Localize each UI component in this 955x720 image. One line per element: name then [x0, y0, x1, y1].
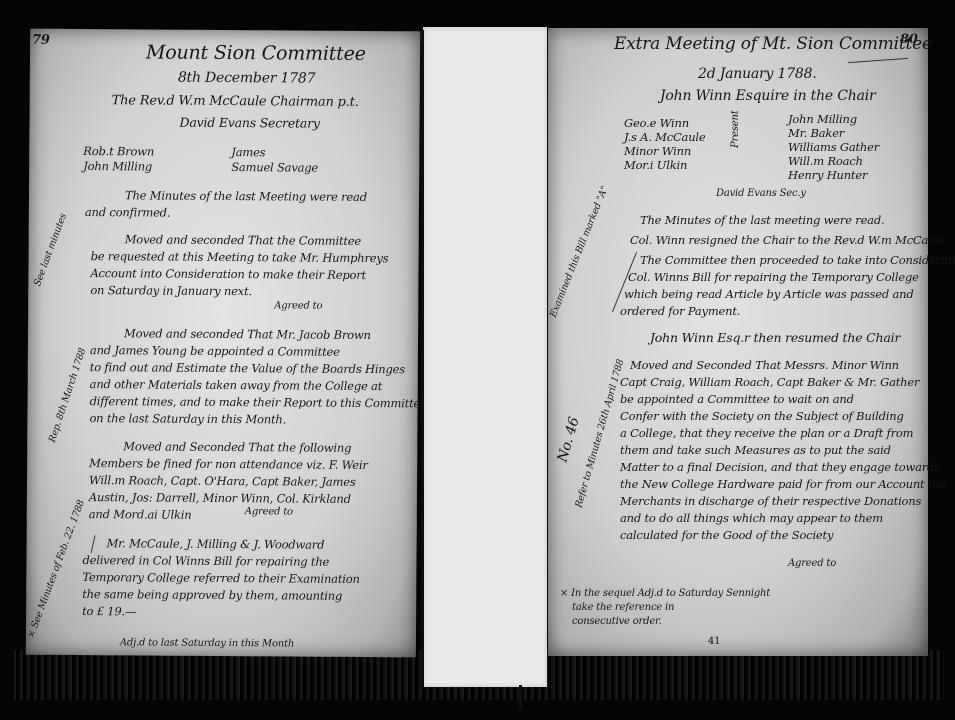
minute-line: Capt Craig, William Roach, Capt Baker & …	[620, 375, 919, 389]
attendee: Samuel Savage	[231, 160, 318, 175]
strip-mark	[519, 685, 522, 710]
minute-line: The Minutes of the last Meeting were rea…	[125, 188, 367, 204]
minute-line: delivered in Col Winns Bill for repairin…	[82, 553, 329, 569]
minute-line: on the last Saturday in this Month.	[89, 411, 286, 426]
attendee: Henry Hunter	[788, 168, 867, 182]
minute-line: Col. Winn resigned the Chair to the Rev.…	[630, 233, 945, 247]
minute-line: different times, and to make their Repor…	[90, 394, 427, 410]
minute-line: which being read Article by Article was …	[624, 287, 913, 301]
strip-edge	[421, 30, 424, 690]
minute-line: Moved and Seconded That Messrs. Minor Wi…	[630, 358, 899, 372]
minute-line: calculated for the Good of the Society	[620, 528, 833, 542]
meeting-date: 2d January 1788.	[698, 66, 817, 82]
attendee: Mor.i Ulkin	[624, 158, 687, 172]
minute-line: to £ 19.—	[82, 604, 136, 618]
minute-line: The Minutes of the last meeting were rea…	[640, 213, 884, 227]
minute-line: The Committee then proceeded to take int…	[640, 253, 955, 267]
minute-line: Austin, Jos: Darrell, Minor Winn, Col. K…	[89, 490, 351, 506]
secretary-line: David Evans Secretary	[179, 115, 319, 131]
minute-line: them and take such Measures as to put th…	[620, 443, 891, 457]
page-number: 79	[32, 33, 50, 48]
attendee: Williams Gather	[788, 140, 879, 154]
attendee: Will.m Roach	[788, 154, 863, 168]
agreed-note: Agreed to	[788, 558, 836, 569]
margin-note: Rep. 8th March 1788	[47, 347, 89, 444]
minute-line: John Winn Esq.r then resumed the Chair	[650, 330, 900, 345]
page-title: Mount Sion Committee	[146, 41, 366, 65]
page-number: 80	[900, 32, 918, 47]
agreed-note: Agreed to	[274, 300, 322, 311]
footnote-line: × In the sequel Adj.d to Saturday Sennig…	[560, 588, 770, 599]
minute-line: the same being approved by them, amounti…	[82, 587, 342, 603]
attendee: Minor Winn	[624, 144, 691, 158]
minute-line: Will.m Roach, Capt. O'Hara, Capt Baker, …	[89, 473, 356, 489]
attendee: J.s A. McCaule	[624, 130, 706, 144]
minute-line: be requested at this Meeting to take Mr.…	[91, 249, 389, 265]
minute-line: and confirmed.	[85, 205, 171, 220]
margin-note: No. 46	[555, 415, 583, 464]
present-label: Present	[730, 110, 741, 148]
minute-line: Account into Consideration to make their…	[90, 266, 366, 282]
minute-line: on Saturday in January next.	[90, 283, 252, 298]
minute-line: Members be fined for non attendance viz.…	[89, 456, 368, 472]
margin-note: Refer to Minutes 26th April 1788	[573, 358, 626, 509]
minute-line: and James Young be appointed a Committee	[90, 343, 340, 359]
minute-line: Confer with the Society on the Subject o…	[620, 409, 904, 423]
bracket-mark	[91, 535, 96, 553]
footnote-line: consecutive order.	[572, 616, 662, 627]
minute-line: Matter to a final Decision, and that the…	[620, 460, 940, 474]
attendee: John Milling	[83, 159, 152, 173]
chair-line: The Rev.d W.m McCaule Chairman p.t.	[112, 93, 359, 110]
minute-line: Col. Winns Bill for repairing the Tempor…	[628, 270, 919, 284]
minute-line: Moved and seconded That the Committee	[125, 232, 361, 248]
right-manuscript-page: Extra Meeting of Mt. Sion Committee 80 2…	[548, 28, 928, 656]
margin-note: See last minutes	[32, 212, 69, 288]
minute-line: Moved and Seconded That the following	[123, 439, 351, 455]
minute-line: Moved and seconded That Mr. Jacob Brown	[124, 326, 371, 342]
minute-line: and other Materials taken away from the …	[90, 377, 383, 393]
attendee: Mr. Baker	[788, 126, 844, 140]
left-manuscript-page: 79 Mount Sion Committee 8th December 178…	[26, 29, 420, 658]
footnote-line: take the reference in	[572, 602, 674, 613]
minute-line: and to do all things which may appear to…	[620, 511, 883, 525]
attendee: Rob.t Brown	[83, 144, 154, 158]
minute-line: be appointed a Committee to wait on and	[620, 392, 854, 406]
secretary-line: David Evans Sec.y	[716, 188, 806, 199]
paper-strip	[423, 27, 547, 687]
meeting-date: 8th December 1787	[178, 70, 316, 87]
agreed-note: Agreed to	[245, 506, 293, 517]
minute-line: Temporary College referred to their Exam…	[82, 570, 359, 586]
flourish	[848, 58, 908, 63]
page-title: Extra Meeting of Mt. Sion Committee	[614, 34, 932, 54]
minute-line: the New College Hardware paid for from o…	[620, 477, 946, 491]
chair-line: John Winn Esquire in the Chair	[660, 88, 876, 104]
minute-line: Merchants in discharge of their respecti…	[620, 494, 921, 508]
minute-line: Mr. McCaule, J. Milling & J. Woodward	[107, 536, 325, 552]
minute-line: ordered for Payment.	[620, 304, 740, 318]
bottom-number: 41	[708, 636, 720, 647]
margin-note: × See Minutes of Feb. 22. 1788	[26, 499, 87, 640]
margin-note: Examined this Bill marked "A"	[548, 185, 611, 319]
minute-line: a College, that they receive the plan or…	[620, 426, 913, 440]
attendee: James	[231, 145, 265, 159]
attendee: John Milling	[788, 112, 857, 126]
adjournment-note: Adj.d to last Saturday in this Month	[120, 637, 294, 649]
minute-line: to find out and Estimate the Value of th…	[90, 360, 405, 376]
attendee: Geo.e Winn	[624, 116, 689, 130]
minute-line: and Mord.ai Ulkin	[89, 507, 192, 522]
